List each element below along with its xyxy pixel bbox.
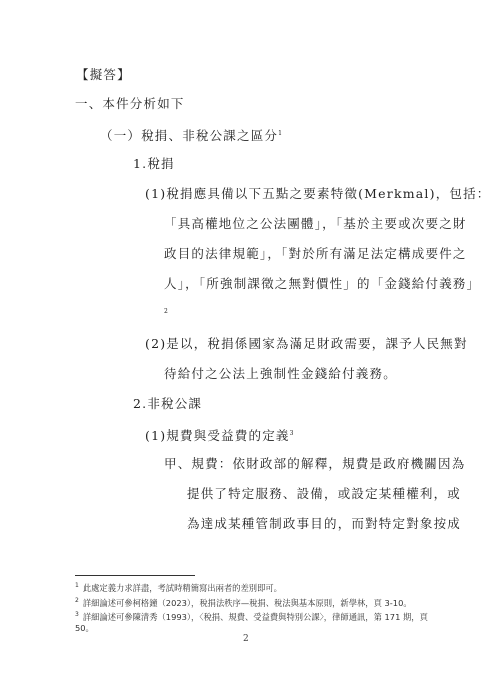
section-heading: 一、本件分析如下	[75, 96, 185, 112]
item-heading-nontax: 2.非稅公課	[133, 396, 202, 412]
footnote-1: 1此處定義力求詳盡，考試時精簡寫出兩者的差別即可。	[75, 580, 282, 594]
footnote-3-continuation: 50。	[75, 623, 94, 634]
subsection-text: （一）稅捐、非稅公課之區分	[100, 128, 278, 143]
footnote-2: 2詳細論述可參柯格鐘（2023），稅捐法秩序—稅捐、稅法與基本原則，新學林，頁 …	[75, 595, 412, 609]
footnote-ref-1[interactable]: 1	[278, 130, 282, 137]
paragraph-line: (2)是以，稅捐係國家為滿足財政需要，課予人民無對	[145, 336, 468, 352]
footnote-3: 3詳細論述可參陳清秀（1993），〈稅捐、規費、受益費與特別公課〉，律師通訊，第…	[75, 609, 428, 623]
page-number: 2	[243, 634, 249, 644]
paragraph-line: 甲、規費：依財政部的解釋，規費是政府機關因為	[164, 456, 465, 472]
subsection-heading: （一）稅捐、非稅公課之區分1	[100, 126, 282, 144]
paragraph-line: 提供了特定服務、設備，或設定某種權利，或	[187, 486, 461, 502]
paragraph-line: (1)稅捐應具備以下五點之要素特徵(Merkmal)，包括：	[145, 186, 491, 202]
subitem-heading: (1)規費與受益費的定義3	[145, 426, 293, 444]
item-heading-tax: 1.稅捐	[133, 156, 175, 172]
subitem-text: (1)規費與受益費的定義	[145, 428, 290, 443]
paragraph-line: 為達成某種管制政事目的，而對特定對象按成	[187, 516, 461, 532]
paragraph-line: 待給付之公法上強制性金錢給付義務。	[164, 366, 397, 382]
footnote-divider	[75, 575, 195, 576]
footnote-ref-3[interactable]: 3	[290, 430, 294, 437]
paragraph-line: 人」，「所強制課徵之無對價性」的「金錢給付義務」	[164, 276, 480, 292]
paragraph-line: 政目的法律規範」，「對於所有滿足法定構成要件之	[164, 246, 467, 262]
answer-heading: 【擬答】	[76, 67, 131, 83]
paragraph-line: 「具高權地位之公法團體」，「基於主要或次要之財	[164, 216, 467, 232]
footnote-ref-2[interactable]: 2	[164, 304, 169, 320]
